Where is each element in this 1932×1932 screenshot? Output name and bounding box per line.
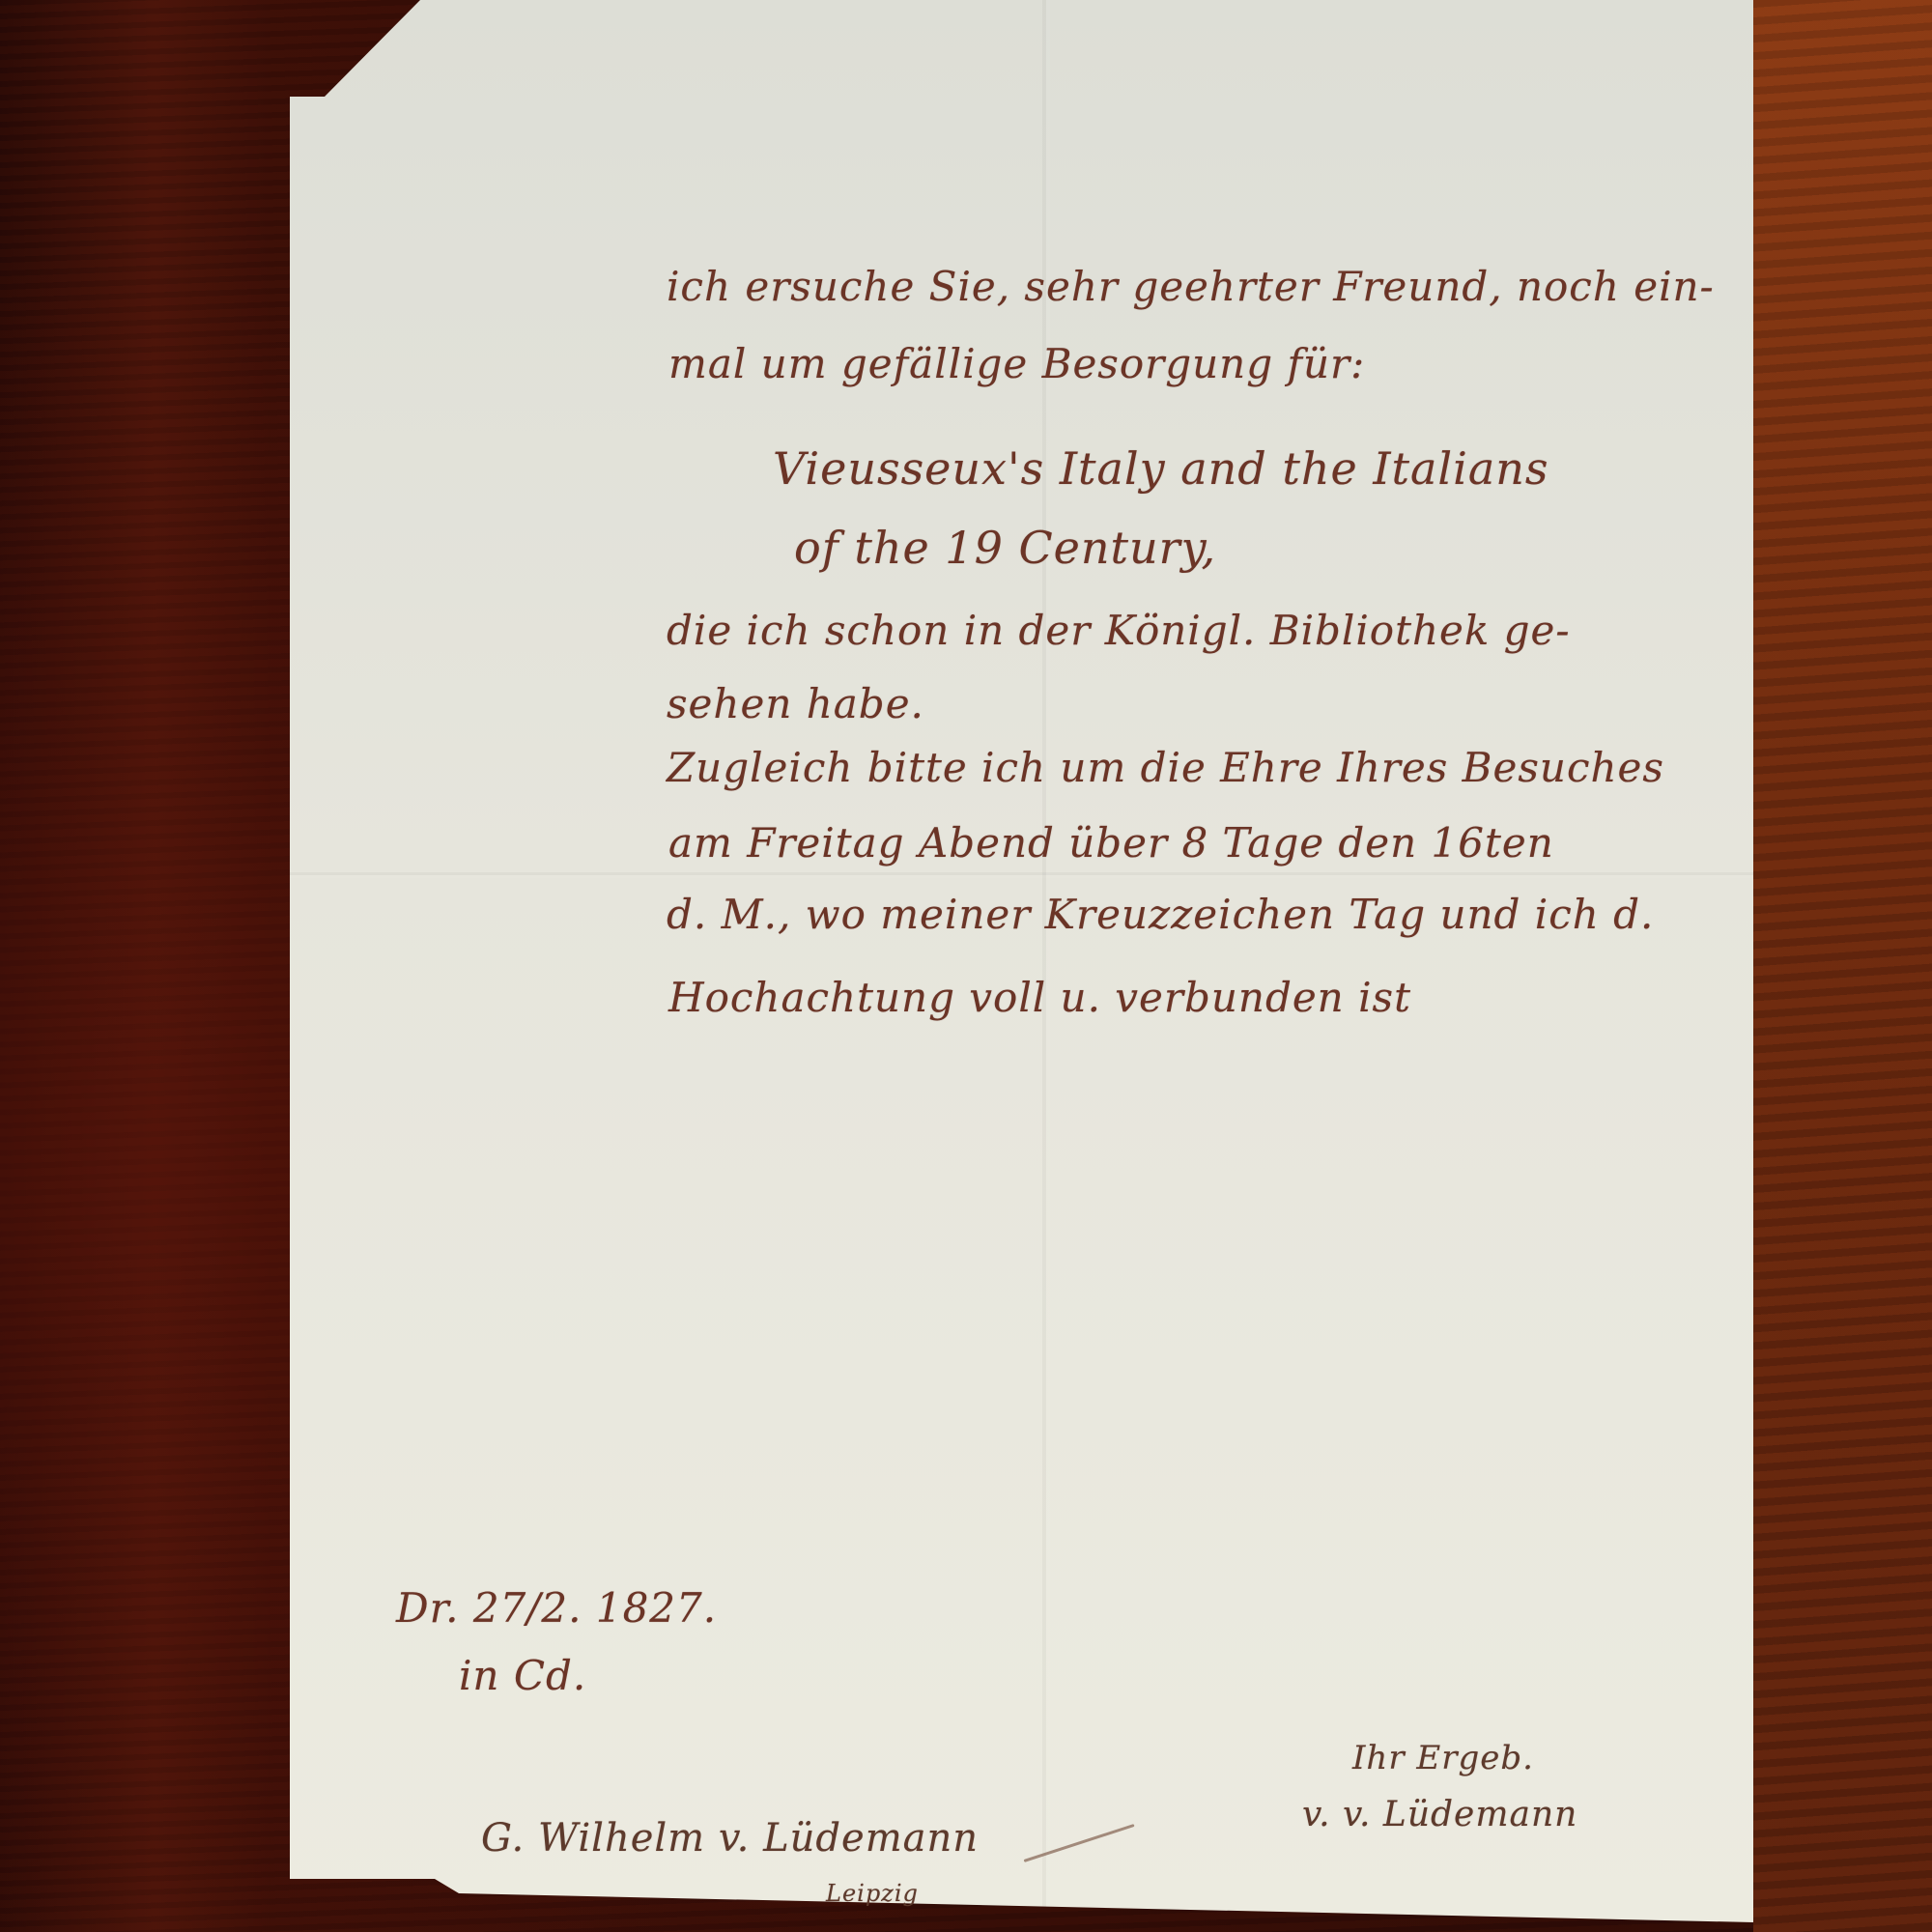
signature-name: G. Wilhelm v. Lüdemann — [481, 1816, 979, 1861]
body-line-1: ich ersuche Sie, sehr geehrter Freund, n… — [667, 263, 1715, 310]
body-line-10: Hochachtung voll u. verbunden ist — [668, 974, 1411, 1021]
date-note-line-2: in Cd. — [459, 1652, 586, 1699]
body-line-7: Zugleich bitte ich um die Ehre Ihres Bes… — [667, 744, 1664, 791]
wood-table-right-edge — [1753, 0, 1932, 1932]
body-line-5: die ich schon in der Königl. Bibliothek … — [667, 607, 1571, 654]
body-line-2: mal um gefällige Besorgung für: — [668, 340, 1365, 387]
signature-subtitle: Leipzig — [826, 1880, 919, 1907]
body-line-8: am Freitag Abend über 8 Tage den 16ten — [668, 819, 1554, 867]
body-line-9: d. M., wo meiner Kreuzzeichen Tag und ic… — [667, 891, 1654, 938]
book-title-line-1: Vieusseux's Italy and the Italians — [773, 442, 1549, 495]
closing-line-1: Ihr Ergeb. — [1352, 1739, 1534, 1777]
book-title-line-2: of the 19 Century, — [794, 522, 1216, 574]
date-note-line-1: Dr. 27/2. 1827. — [396, 1584, 717, 1632]
closing-line-2: v. v. Lüdemann — [1302, 1795, 1577, 1834]
body-line-6: sehen habe. — [667, 680, 924, 727]
